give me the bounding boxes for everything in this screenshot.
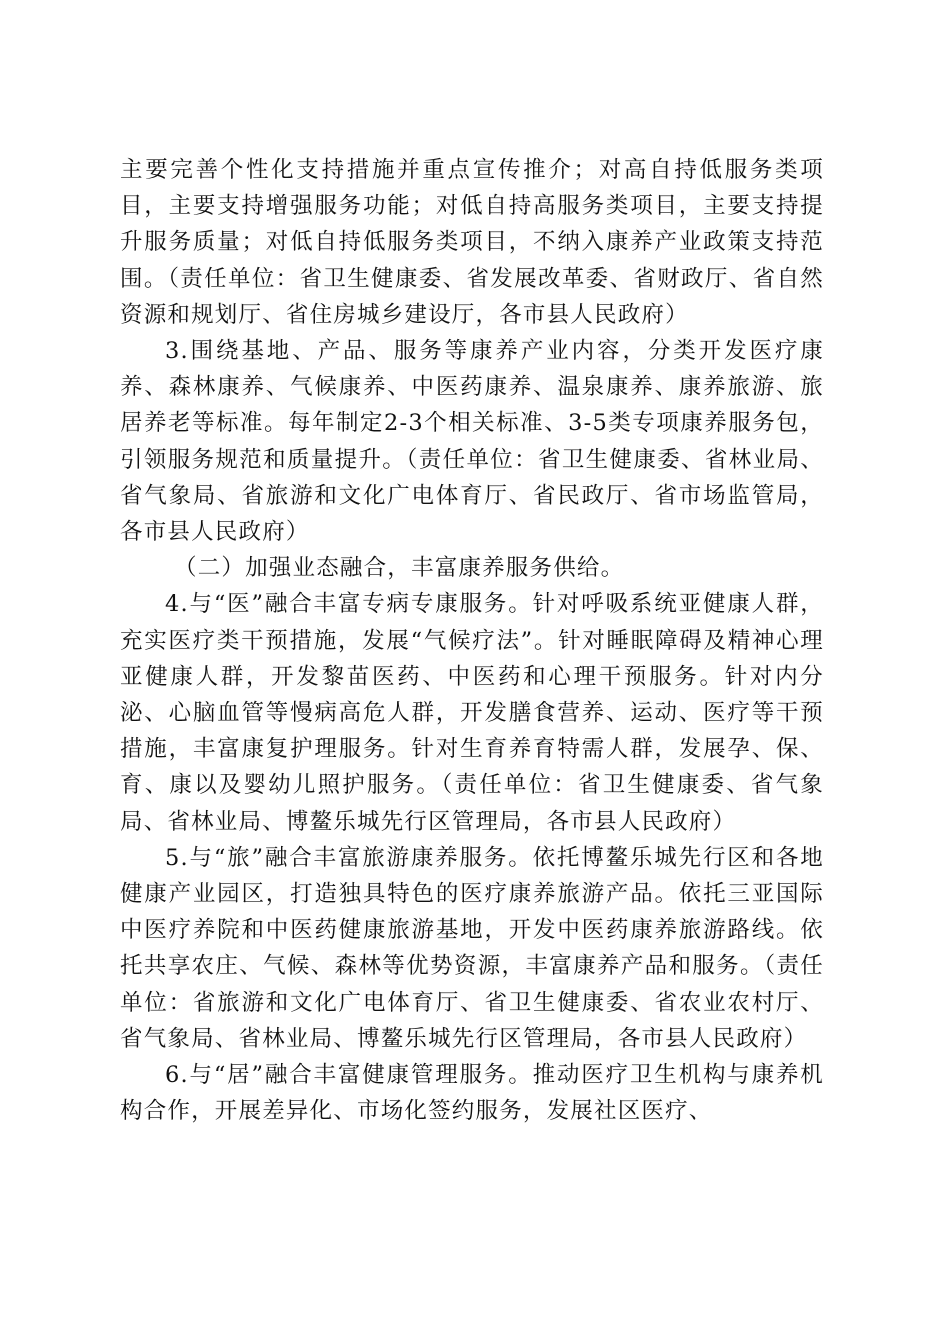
paragraph-item-6: 6.与“居”融合丰富健康管理服务。推动医疗卫生机构与康养机构合作，开展差异化、市… xyxy=(120,1057,824,1129)
paragraph-continuation: 主要完善个性化支持措施并重点宣传推介；对高自持低服务类项目，主要支持增强服务功能… xyxy=(120,152,824,333)
section-heading-2: （二）加强业态融合，丰富康养服务供给。 xyxy=(120,550,824,586)
document-page: 主要完善个性化支持措施并重点宣传推介；对高自持低服务类项目，主要支持增强服务功能… xyxy=(120,152,824,1129)
paragraph-item-5: 5.与“旅”融合丰富旅游康养服务。依托博鳌乐城先行区和各地健康产业园区，打造独具… xyxy=(120,840,824,1057)
paragraph-item-4: 4.与“医”融合丰富专病专康服务。针对呼吸系统亚健康人群，充实医疗类干预措施，发… xyxy=(120,586,824,839)
paragraph-item-3: 3.围绕基地、产品、服务等康养产业内容，分类开发医疗康养、森林康养、气候康养、中… xyxy=(120,333,824,550)
